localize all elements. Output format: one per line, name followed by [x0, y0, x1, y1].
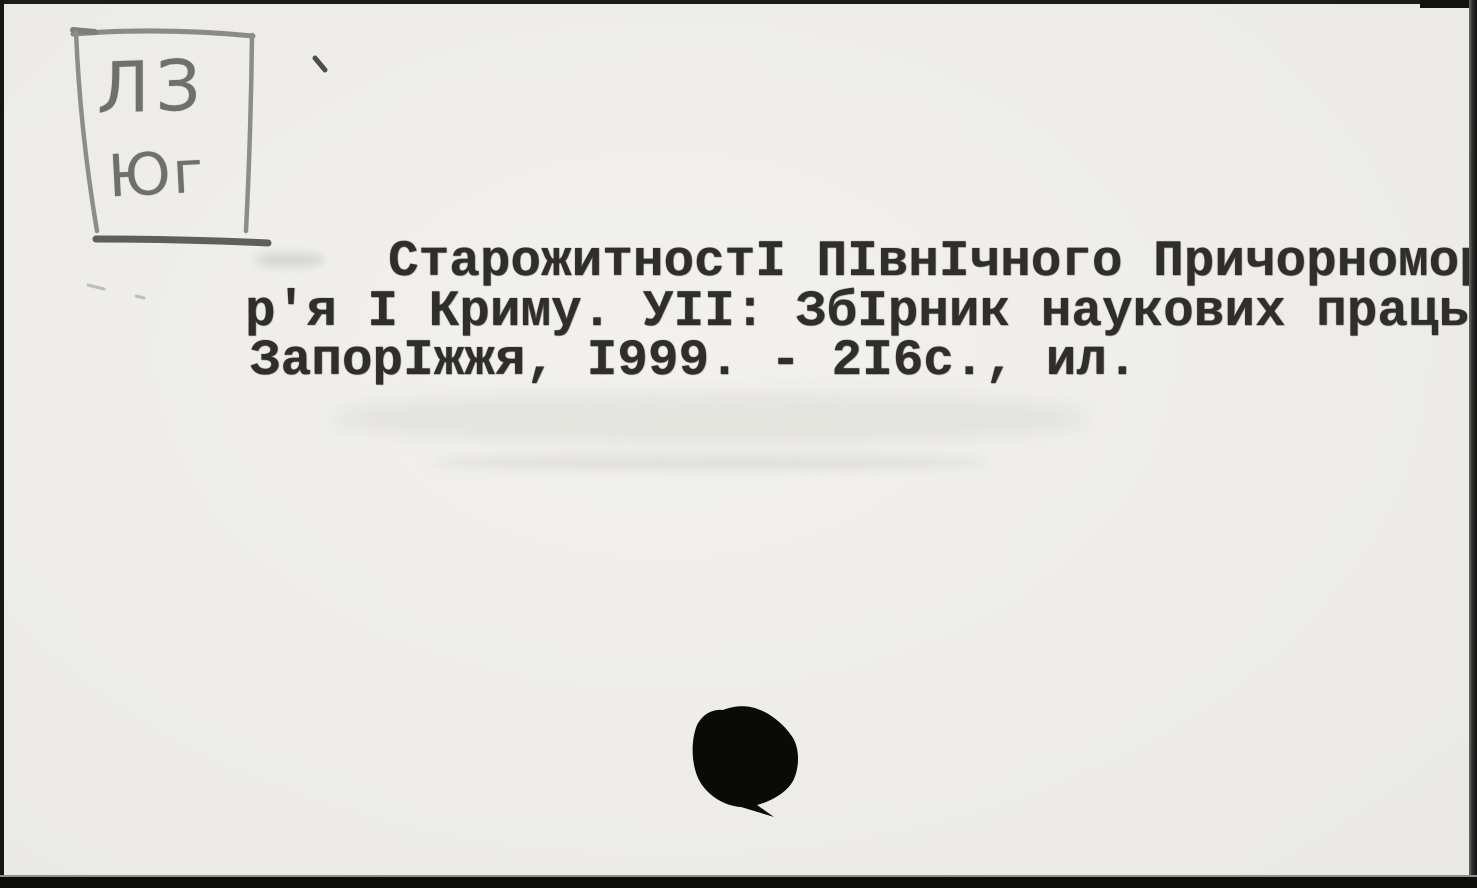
scan-marks-layer: [0, 0, 1477, 888]
shelf-mark-line-2: Юг: [106, 136, 207, 213]
scanned-catalog-card: ЛЗ Юг СтарожитностІ ПІвнІчного Причорном…: [0, 0, 1477, 888]
shelf-mark-line-1: ЛЗ: [97, 42, 206, 132]
bibliography-line-3: ЗапорІжжя, І999. - 2І6с., ил.: [250, 336, 1138, 387]
scan-edge-top: [0, 0, 1477, 4]
ink-blot: [693, 706, 798, 817]
stray-pen-tick: [315, 58, 325, 70]
scan-edge-bottom: [0, 875, 1477, 888]
scan-edge-right: [1469, 0, 1477, 888]
bibliography-line-1: СтарожитностІ ПІвнІчного Причорномор: [388, 237, 1477, 288]
bibliography-line-2: р'я І Криму. УІІ: ЗбІрник наукових праць: [245, 287, 1469, 338]
scan-edge-left: [0, 0, 4, 888]
pencil-scuff: [88, 285, 144, 298]
